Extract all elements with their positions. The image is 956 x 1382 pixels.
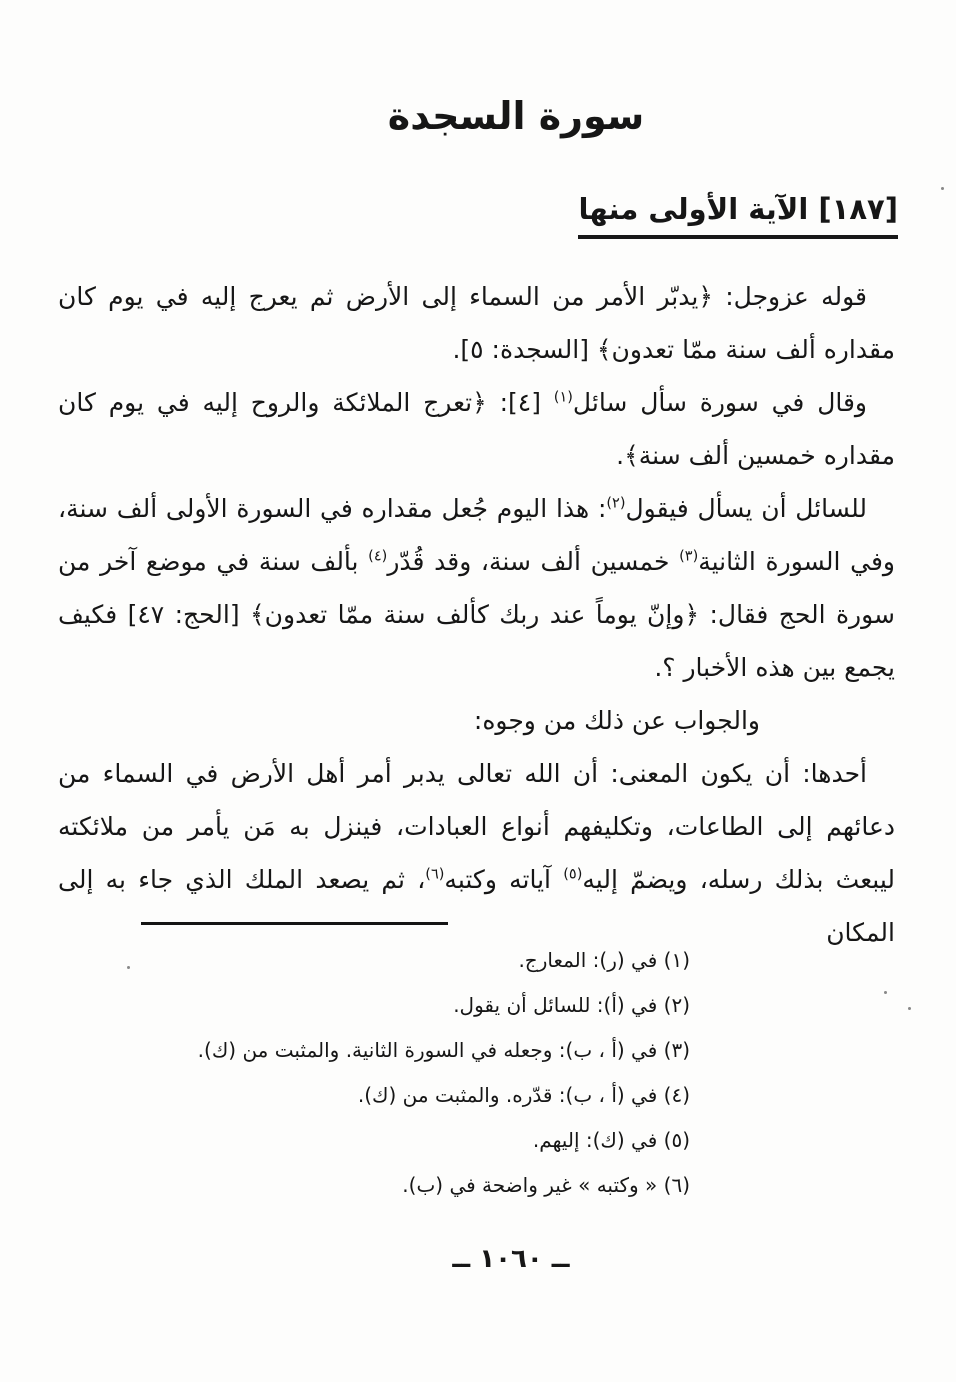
paragraph-text: وقال في سورة سأل سائل	[573, 388, 867, 417]
paragraph-text: خمسين ألف سنة، وقد قُدّر	[387, 547, 679, 576]
paragraph-text: قوله عزوجل: ﴿يدبّر الأمر من السماء إلى ا…	[58, 282, 895, 364]
book-page: سورة السجدة [١٨٧] الآية الأولى منها قوله…	[0, 0, 956, 1382]
section-heading: [١٨٧] الآية الأولى منها	[578, 192, 898, 239]
footnote-marker: (١)	[554, 390, 573, 406]
footnote-marker: (٥)	[563, 867, 582, 883]
footnote-item: (٢) في (أ): للسائل أن يقول.	[60, 983, 690, 1028]
footnote-marker: (٤)	[368, 549, 387, 565]
scan-speck	[884, 991, 887, 994]
paragraph-text: آياته وكتبه	[444, 865, 563, 894]
footnote-marker: (٣)	[679, 549, 698, 565]
footnote-marker: (٢)	[606, 496, 625, 512]
footnote-item: (٥) في (ك): إليهم.	[60, 1118, 690, 1163]
body-paragraphs: قوله عزوجل: ﴿يدبّر الأمر من السماء إلى ا…	[58, 270, 895, 959]
paragraph-text: للسائل أن يسأل فيقول	[626, 494, 867, 523]
paragraph: أحدها: أن يكون المعنى: أن الله تعالى يدب…	[58, 747, 895, 959]
footnote-marker: (٦)	[425, 867, 444, 883]
paragraph: قوله عزوجل: ﴿يدبّر الأمر من السماء إلى ا…	[58, 270, 895, 376]
footnote-item: (١) في (ر): المعارج.	[60, 938, 690, 983]
paragraph-text: والجواب عن ذلك من وجوه:	[474, 706, 760, 735]
paragraph: والجواب عن ذلك من وجوه:	[58, 694, 895, 747]
scan-speck	[908, 1007, 911, 1010]
paragraph: للسائل أن يسأل فيقول(٢): هذا اليوم جُعل …	[58, 482, 895, 694]
page-number: ــ ١٠٦٠ ــ	[0, 1244, 956, 1274]
section-heading-row: [١٨٧] الآية الأولى منها	[60, 192, 898, 239]
footnote-item: (٣) في (أ ، ب): وجعله في السورة الثانية.…	[60, 1028, 690, 1073]
footnotes-list: (١) في (ر): المعارج.(٢) في (أ): للسائل أ…	[60, 938, 690, 1208]
scan-speck	[941, 187, 944, 190]
footnote-item: (٤) في (أ ، ب): قدّره. والمثبت من (ك).	[60, 1073, 690, 1118]
surah-title: سورة السجدة	[0, 94, 956, 138]
scan-speck	[127, 966, 130, 969]
paragraph: وقال في سورة سأل سائل(١) [٤]: ﴿تعرج المل…	[58, 376, 895, 482]
footnote-item: (٦) « وكتبه » غير واضحة في (ب).	[60, 1163, 690, 1208]
footnote-separator-rule	[141, 922, 448, 925]
